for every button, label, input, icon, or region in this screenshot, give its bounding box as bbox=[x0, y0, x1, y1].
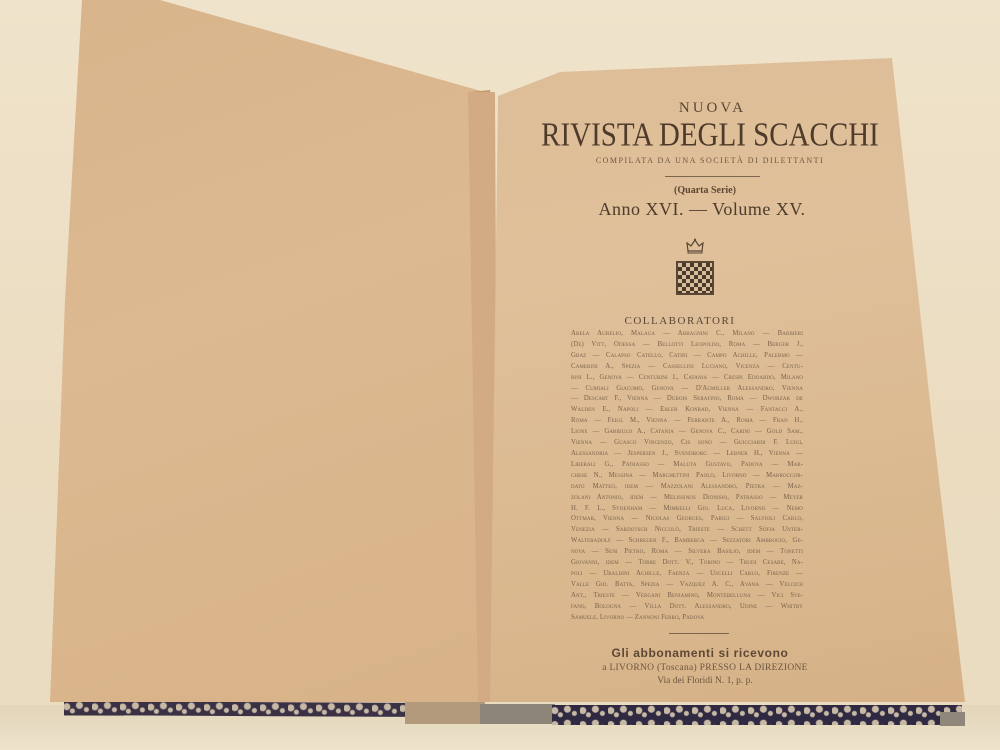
cover-edge-right bbox=[940, 712, 965, 726]
journal-subtitle: COMPILATA DA UNA SOCIETÀ DI DILETTANTI bbox=[525, 156, 895, 165]
collaborators-line: Ottmar, Vienna — Nicolas Georges, Parigi… bbox=[571, 514, 803, 525]
crown-icon bbox=[686, 238, 704, 254]
spine-edge bbox=[405, 702, 485, 724]
collaborators-line: H. F. L., Sydenham — Mimbelli Gio. Luca,… bbox=[571, 504, 803, 515]
subscriptions-heading: Gli abbonamenti si ricevono bbox=[505, 646, 895, 660]
collaborators-line: Walden E., Napoli — Ebler Konrad, Vienna… bbox=[571, 405, 803, 416]
divider-rule-bottom bbox=[669, 633, 729, 634]
collaborators-line: Walteradolf — Schreuer F., Bamberga — Se… bbox=[571, 536, 803, 547]
collaborators-line: — Cumiali Giacomo, Genova — D'Aumiller A… bbox=[571, 384, 803, 395]
marbled-cover-right bbox=[552, 705, 962, 725]
volume-label: Anno XVI. — Volume XV. bbox=[509, 199, 895, 220]
street-line: Via dei Floridi N. 1, p. p. bbox=[515, 676, 895, 686]
photo-scene: NUOVA RIVISTA DEGLI SCACCHI COMPILATA DA… bbox=[0, 0, 1000, 750]
title-prefix: NUOVA bbox=[530, 100, 895, 117]
collaborators-line: Valle Gio. Batta, Spezia — Vazquez A. C.… bbox=[571, 580, 803, 591]
collaborators-line: Graz — Calapso Catello, Catini — Campo A… bbox=[571, 351, 803, 362]
collaborators-line: Liberali G., Patrasso — Maluta Gustavo, … bbox=[571, 460, 803, 471]
chessboard-icon bbox=[676, 261, 714, 295]
collaborators-line: zolani Antonio, idem — Melissinos Dionis… bbox=[571, 493, 803, 504]
collaborators-line: Abela Aurelio, Malaga — Abbagnini C., Mi… bbox=[571, 329, 803, 340]
collaborators-line: poli — Ubaldini Achille, Faenza — Uscell… bbox=[571, 569, 803, 580]
collaborators-line: Samuele, Livorno — Zannoni Ferro, Padova bbox=[571, 613, 803, 624]
collaborators-line: Vienna — Guasco Vincenzo, Cis sono — Gui… bbox=[571, 438, 803, 449]
collaborators-line: rini L., Genova — Centurini I., Catania … bbox=[571, 373, 803, 384]
collaborators-line: Venezia — Sardotsch Niccolò, Trieste — S… bbox=[571, 525, 803, 536]
cover-edge-middle bbox=[480, 704, 555, 724]
marbled-cover-left bbox=[64, 701, 409, 717]
collaborators-line: fano, Bologna — Villa Dott. Alessandro, … bbox=[571, 602, 803, 613]
collaborators-heading: COLLABORATORI bbox=[465, 315, 895, 327]
collaborators-list: Abela Aurelio, Malaga — Abbagnini C., Mi… bbox=[571, 329, 803, 623]
collaborators-line: Giovanni, idem — Torre Dott. V., Torino … bbox=[571, 558, 803, 569]
collaborators-line: Lione — Garbiulo A., Catania — Genova C.… bbox=[571, 427, 803, 438]
address-line: a LIVORNO (Toscana) PRESSO LA DIREZIONE bbox=[515, 663, 895, 673]
collaborators-line: nova — Seni Pietro, Roma — Silvera Basil… bbox=[571, 547, 803, 558]
collaborators-line: Alessandria — Jespersen J., Svendborg — … bbox=[571, 449, 803, 460]
collaborators-line: Roma — Feigl M., Vienna — Ferrante A., R… bbox=[571, 416, 803, 427]
collaborators-line: — Descart F., Vienna — Dubois Serafino, … bbox=[571, 394, 803, 405]
divider-rule bbox=[665, 176, 760, 177]
journal-title: RIVISTA DEGLI SCACCHI bbox=[525, 117, 895, 155]
collaborators-line: chese N., Messina — Marchettini Paolo, L… bbox=[571, 471, 803, 482]
title-page-content: NUOVA RIVISTA DEGLI SCACCHI COMPILATA DA… bbox=[505, 100, 895, 686]
collaborators-line: dato Matteo, idem — Mazzolani Alessandro… bbox=[571, 482, 803, 493]
collaborators-line: (De) Vitt, Odessa — Bellotti Leopoldo, R… bbox=[571, 340, 803, 351]
collaborators-line: Ant., Trieste — Vergani Beniamino, Monte… bbox=[571, 591, 803, 602]
collaborators-line: Camerini A., Spezia — Cassellini Luciano… bbox=[571, 362, 803, 373]
series-label: (Quarta Serie) bbox=[515, 185, 895, 196]
